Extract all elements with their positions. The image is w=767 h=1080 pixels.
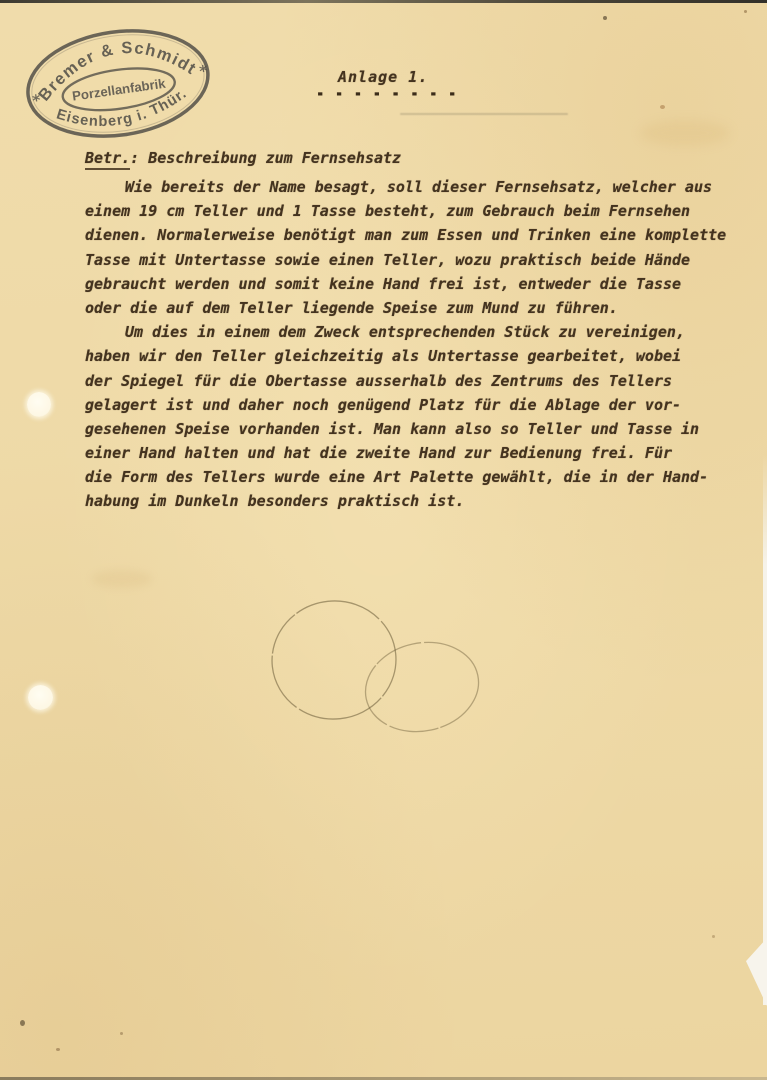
body-line: habung im Dunkeln besonders praktisch is… [85, 492, 757, 516]
body-line: einer Hand halten und hat die zweite Han… [85, 444, 757, 468]
body-line: Tasse mit Untertasse sowie einen Teller,… [85, 251, 757, 275]
document-body: Wie bereits der Name besagt, soll dieser… [85, 178, 757, 517]
foxing-speck [660, 105, 665, 109]
foxing-speck [56, 1048, 60, 1051]
title-dashed-underline: - - - - - - - - [316, 81, 457, 107]
paper-edge-right [763, 455, 767, 1005]
foxing-speck [436, 477, 439, 480]
foxing-speck [120, 1032, 123, 1035]
scan-edge-top [0, 0, 767, 3]
body-line: die Form des Tellers wurde eine Art Pale… [85, 468, 757, 492]
foxing-speck [712, 935, 715, 938]
foxing-speck [603, 16, 607, 20]
punch-hole-bottom [28, 685, 53, 710]
foxing-speck [744, 10, 747, 13]
company-stamp: Bremer & Schmidt Porzellanfabrik Eisenbe… [13, 15, 223, 153]
body-line: Wie bereits der Name besagt, soll dieser… [85, 178, 757, 202]
scanned-document-page: Bremer & Schmidt Porzellanfabrik Eisenbe… [0, 0, 767, 1080]
body-line: dienen. Normalerweise benötigt man zum E… [85, 226, 757, 250]
punch-hole-top [27, 392, 51, 417]
paper-stain [92, 570, 152, 588]
body-line: der Spiegel für die Obertasse ausserhalb… [85, 372, 757, 396]
body-line: Um dies in einem dem Zweck entsprechende… [85, 323, 757, 347]
fold-smudge-mark [400, 113, 568, 115]
subject-label: Betr. [85, 149, 130, 170]
subject-line: Betr.: Beschreibung zum Fernsehsatz [85, 149, 401, 167]
body-line: gesehenen Speise vorhanden ist. Man kann… [85, 420, 757, 444]
foxing-speck [20, 1020, 25, 1026]
body-line: oder die auf dem Teller liegende Speise … [85, 299, 757, 323]
stamp-business-type: Porzellanfabrik [71, 76, 167, 104]
subject-separator: : [130, 149, 139, 167]
pencil-sketch [262, 592, 492, 742]
sketch-small-ellipse [357, 632, 487, 742]
stamp-oval-graphic: Bremer & Schmidt Porzellanfabrik Eisenbe… [13, 15, 223, 153]
body-line: haben wir den Teller gleichzeitig als Un… [85, 347, 757, 371]
paper-edge-corner [746, 938, 767, 1006]
body-line: einem 19 cm Teller und 1 Tasse besteht, … [85, 202, 757, 226]
body-line: gebraucht werden und somit keine Hand fr… [85, 275, 757, 299]
paper-stain [640, 120, 730, 146]
body-line: gelagert ist und daher noch genügend Pla… [85, 396, 757, 420]
subject-text: Beschreibung zum Fernsehsatz [139, 149, 401, 167]
